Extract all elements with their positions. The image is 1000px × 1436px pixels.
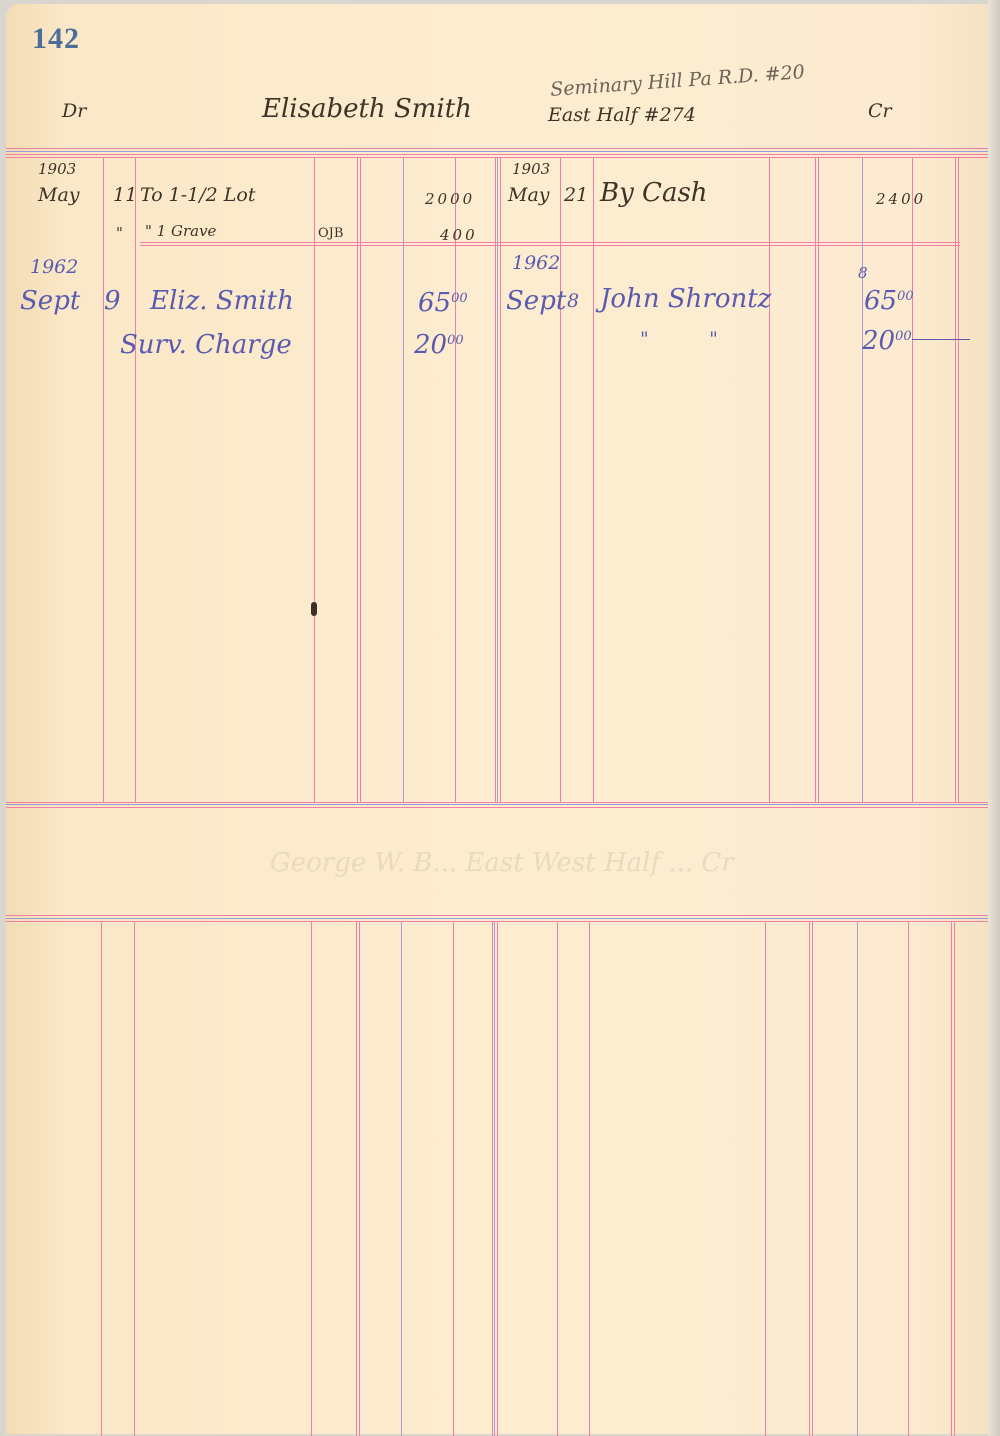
- credit-description: John Shrontz: [600, 284, 771, 314]
- credit-year: 1962: [512, 252, 560, 274]
- page-number: 142: [32, 22, 80, 56]
- account-name: Elisabeth Smith: [262, 94, 472, 124]
- credit-amount: 6500: [864, 286, 914, 316]
- debit-description: " 1 Grave: [145, 222, 216, 240]
- credit-label: Cr: [868, 100, 892, 122]
- debit-label: Dr: [62, 100, 86, 122]
- debit-month: Sept: [20, 286, 80, 316]
- debit-amount: 2000: [425, 190, 475, 208]
- debit-amount: 400: [440, 226, 478, 244]
- debit-month: May: [38, 184, 80, 206]
- lower-header-rule: [6, 915, 988, 916]
- debit-folio: OJB: [318, 226, 343, 241]
- section-bottom-rule: [6, 804, 988, 805]
- header-rule: [6, 154, 988, 155]
- ledger-grid-bottom: [0, 922, 1000, 1436]
- credit-year: 1903: [512, 160, 550, 178]
- debit-day: 11: [113, 184, 137, 206]
- debit-description: Eliz. Smith: [150, 286, 294, 316]
- credit-day: 21: [564, 184, 588, 206]
- debit-year: 1903: [38, 160, 76, 178]
- credit-day: 8: [567, 290, 579, 312]
- debit-amount: 2000: [414, 330, 464, 360]
- credit-amount: 2400: [876, 190, 926, 208]
- debit-day: 9: [104, 286, 121, 316]
- lower-header-rule: [6, 918, 988, 919]
- header-rule: [6, 148, 988, 149]
- header-rule: [6, 151, 988, 152]
- credit-description-ditto: " ": [640, 328, 718, 350]
- ink-blot: [311, 602, 317, 616]
- debit-description: Surv. Charge: [120, 330, 292, 360]
- debit-amount: 6500: [418, 288, 468, 318]
- credit-month: Sept: [506, 286, 566, 316]
- ledger-grid-top: [0, 158, 1000, 802]
- total-underline: [912, 339, 970, 340]
- credit-description: By Cash: [600, 178, 708, 208]
- debit-description: To 1-1/2 Lot: [140, 184, 256, 206]
- section-bottom-rule: [6, 802, 988, 803]
- debit-year: 1962: [30, 256, 78, 278]
- section-bottom-rule: [6, 807, 988, 808]
- lot-description: East Half #274: [548, 104, 696, 126]
- credit-folio: 8: [858, 264, 868, 282]
- credit-month: May: [508, 184, 550, 206]
- credit-amount: 2000: [862, 326, 912, 356]
- debit-day-ditto: ": [116, 224, 123, 242]
- bleed-through-text: George W. B... East West Half ... Cr: [270, 848, 734, 878]
